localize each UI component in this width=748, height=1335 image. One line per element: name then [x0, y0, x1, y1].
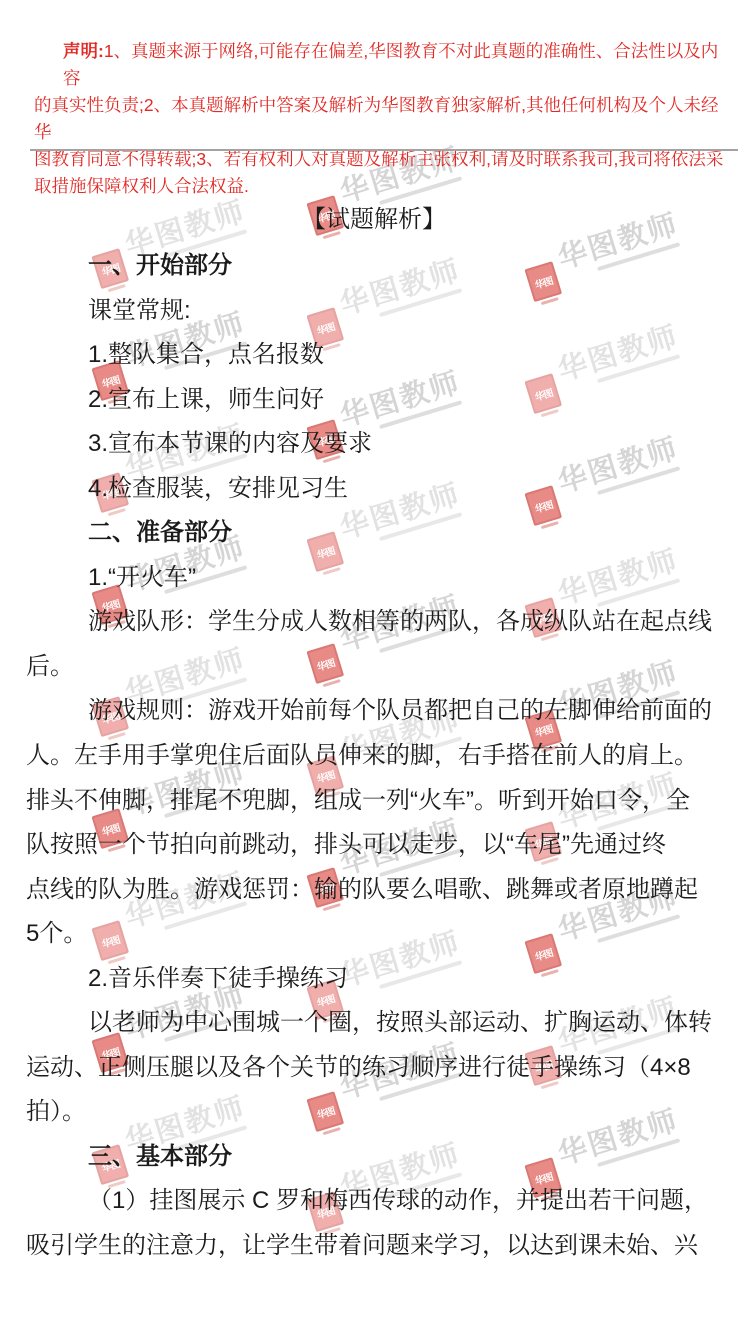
doc-line: 拍）。 — [0, 1090, 748, 1135]
doc-line: （1）挂图展示 C 罗和梅西传球的动作，并提出若干问题， — [0, 1179, 748, 1224]
page-content: 声明:1、真题来源于网络,可能存在偏差,华图教育不对此真题的准确性、合法性以及内… — [0, 0, 748, 1335]
section-heading: 三、基本部分 — [0, 1135, 748, 1180]
doc-line: 游戏队形：学生分成人数相等的两队，各成纵队站在起点线 — [0, 600, 748, 645]
disclaimer-text: 1、真题来源于网络,可能存在偏差,华图教育不对此真题的准确性、合法性以及内容 — [63, 41, 718, 88]
doc-line: 2.音乐伴奏下徒手操练习 — [0, 957, 748, 1002]
disclaimer-line: 声明:1、真题来源于网络,可能存在偏差,华图教育不对此真题的准确性、合法性以及内… — [34, 38, 724, 92]
doc-line: 队按照一个节拍向前跳动，排头可以走步，以“车尾”先通过终 — [0, 823, 748, 868]
doc-line: 课堂常规: — [0, 289, 748, 334]
document-body: 【试题解析】 一、开始部分 课堂常规: 1.整队集合，点名报数 2.宣布上课，师… — [0, 196, 748, 1269]
doc-line: 3.宣布本节课的内容及要求 — [0, 422, 748, 467]
doc-line: 后。 — [0, 645, 748, 690]
doc-line: 以老师为中心围城一个圈，按照头部运动、扩胸运动、体转 — [0, 1001, 748, 1046]
section-heading: 一、开始部分 — [0, 244, 748, 289]
section-heading: 二、准备部分 — [0, 511, 748, 556]
disclaimer-label: 声明: — [63, 41, 104, 61]
page-title: 【试题解析】 — [0, 196, 748, 244]
doc-line: 吸引学生的注意力，让学生带着问题来学习，以达到课未始、兴 — [0, 1224, 748, 1269]
doc-line: 1.整队集合，点名报数 — [0, 333, 748, 378]
doc-line: 人。左手用手掌兜住后面队员伸来的脚，右手搭在前人的肩上。 — [0, 734, 748, 779]
doc-line: 2.宣布上课，师生问好 — [0, 378, 748, 423]
document-page: 华图华图教师华图华图教师华图华图教师华图华图教师华图华图教师华图华图教师华图华图… — [0, 0, 748, 1335]
doc-line: 点线的队为胜。游戏惩罚：输的队要么唱歌、跳舞或者原地蹲起 — [0, 868, 748, 913]
header-divider — [30, 149, 738, 151]
disclaimer-line: 的真实性负责;2、本真题解析中答案及解析为华图教育独家解析,其他任何机构及个人未… — [34, 92, 724, 146]
doc-line: 1.“开火车” — [0, 556, 748, 601]
doc-line: 运动、正侧压腿以及各个关节的练习顺序进行徒手操练习（4×8 — [0, 1046, 748, 1091]
doc-line: 4.检查服装，安排见习生 — [0, 467, 748, 512]
doc-line: 排头不伸脚，排尾不兜脚，组成一列“火车”。听到开始口令，全 — [0, 779, 748, 824]
doc-line: 游戏规则：游戏开始前每个队员都把自己的左脚伸给前面的 — [0, 689, 748, 734]
disclaimer-block: 声明:1、真题来源于网络,可能存在偏差,华图教育不对此真题的准确性、合法性以及内… — [34, 38, 724, 200]
doc-line: 5个。 — [0, 912, 748, 957]
